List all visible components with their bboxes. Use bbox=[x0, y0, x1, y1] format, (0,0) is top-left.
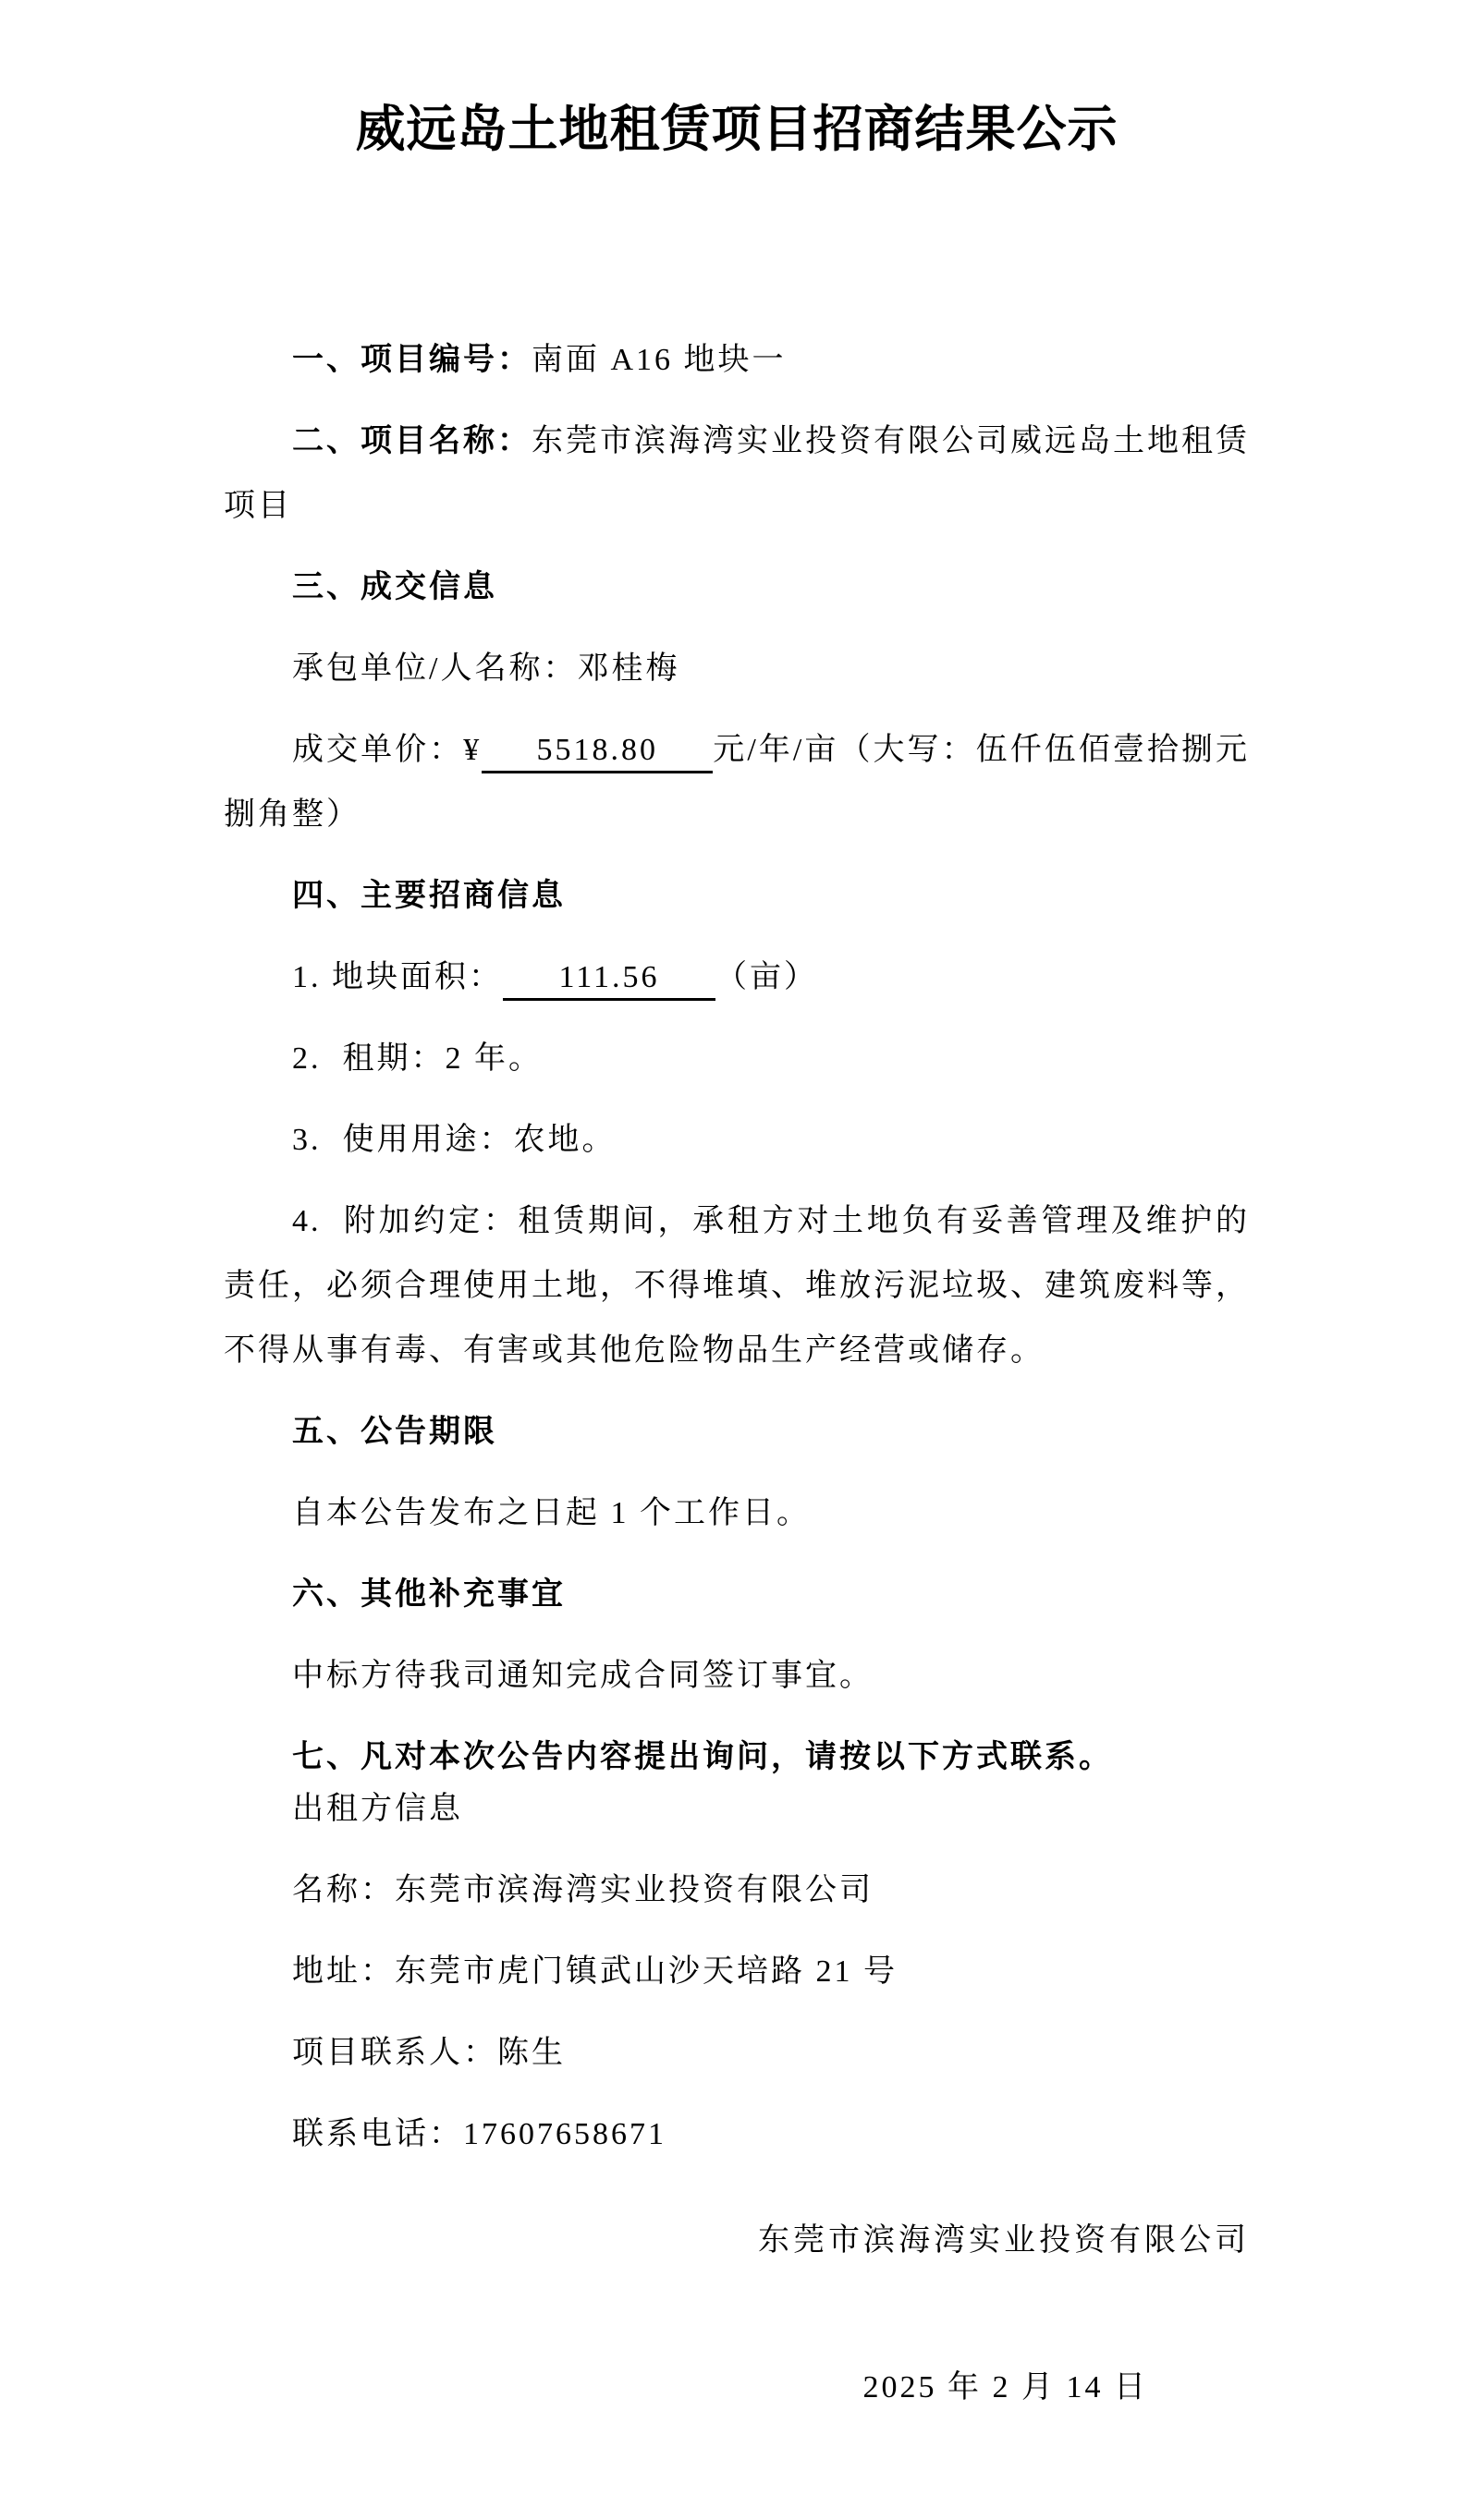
project-name-label: 二、项目名称： bbox=[292, 424, 532, 458]
list-item-usage: 3. 使用用途：农地。 bbox=[224, 1108, 1250, 1173]
paragraph-project-name: 二、项目名称：东莞市滨海湾实业投资有限公司威远岛土地租赁项目 bbox=[224, 409, 1250, 539]
project-number-label: 一、项目编号： bbox=[292, 343, 532, 377]
paragraph-lessor-name: 名称：东莞市滨海湾实业投资有限公司 bbox=[224, 1858, 1250, 1923]
deal-price-label: 成交单价： bbox=[292, 733, 463, 767]
deal-price-blank: 5518.80 bbox=[482, 730, 713, 773]
currency-symbol: ¥ bbox=[463, 733, 482, 767]
paragraph-notice-period: 自本公告发布之日起 1 个工作日。 bbox=[224, 1481, 1250, 1546]
project-number-value: 南面 A16 地块一 bbox=[532, 343, 787, 377]
paragraph-project-number: 一、项目编号：南面 A16 地块一 bbox=[224, 328, 1250, 393]
section-heading-notice-period: 五、公告期限 bbox=[224, 1400, 1250, 1465]
paragraph-supplement: 中标方待我司通知完成合同签订事宜。 bbox=[224, 1644, 1250, 1709]
list-item-lease-term: 2. 租期：2 年。 bbox=[224, 1027, 1250, 1091]
signature-date: 2025 年 2 月 14 日 bbox=[224, 2356, 1250, 2420]
section-heading-main-info: 四、主要招商信息 bbox=[224, 864, 1250, 929]
land-area-blank: 111.56 bbox=[503, 957, 715, 1001]
paragraph-contact-person: 项目联系人：陈生 bbox=[224, 2021, 1250, 2086]
list-item-land-area: 1. 地块面积：111.56（亩） bbox=[224, 945, 1250, 1010]
paragraph-deal-price: 成交单价：¥5518.80元/年/亩（大写：伍仟伍佰壹拾捌元捌角整） bbox=[224, 718, 1250, 847]
section-heading-supplement: 六、其他补充事宜 bbox=[224, 1563, 1250, 1627]
land-area-suffix: （亩） bbox=[715, 960, 818, 994]
section-heading-deal-info: 三、成交信息 bbox=[224, 555, 1250, 620]
paragraph-lessor-address: 地址：东莞市虎门镇武山沙天培路 21 号 bbox=[224, 1940, 1250, 2004]
land-area-label: 1. 地块面积： bbox=[292, 960, 503, 994]
announcement-document: 威远岛土地租赁项目招商结果公示 一、项目编号：南面 A16 地块一 二、项目名称… bbox=[0, 0, 1467, 2520]
signature-company: 东莞市滨海湾实业投资有限公司 bbox=[224, 2209, 1250, 2273]
list-item-additional-terms: 4. 附加约定：租赁期间，承租方对土地负有妥善管理及维护的责任，必须合理使用土地… bbox=[224, 1189, 1250, 1383]
paragraph-contact-phone: 联系电话：17607658671 bbox=[224, 2102, 1250, 2167]
page-title: 威远岛土地租赁项目招商结果公示 bbox=[224, 88, 1250, 171]
paragraph-contractor: 承包单位/人名称：邓桂梅 bbox=[224, 637, 1250, 701]
